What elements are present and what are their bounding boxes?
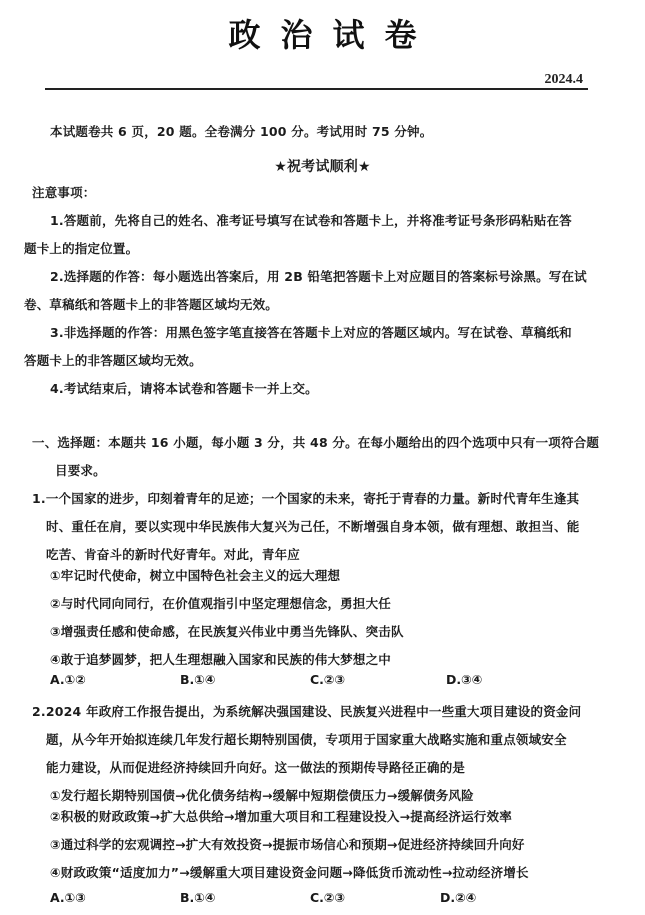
section-heading: 一、选择题：本题共 16 小题，每小题 3 分，共 48 分。在每小题给出的四个…: [32, 433, 599, 451]
q1-statement-3: ③增强责任感和使命感，在民族复兴伟业中勇当先锋队、突击队: [50, 622, 404, 640]
notice-item-3-line1: 3.非选择题的作答：用黑色签字笔直接答在答题卡上对应的答题区域内。写在试卷、草稿…: [50, 323, 572, 341]
q1-stem-line2: 时、重任在肩，要以实现中华民族伟大复兴为己任，不断增强自身本领，做有理想、敢担当…: [46, 517, 579, 535]
q1-stem-line1: 1.一个国家的进步，印刻着青年的足迹；一个国家的未来，寄托于青春的力量。新时代青…: [32, 489, 579, 507]
q2-statement-2: ②积极的财政政策→扩大总供给→增加重大项目和工程建设投入→提高经济运行效率: [50, 807, 512, 825]
notice-item-4: 4.考试结束后，请将本试卷和答题卡一并上交。: [50, 379, 318, 397]
notice-item-2-line2: 卷、草稿纸和答题卡上的非答题区域均无效。: [24, 295, 278, 313]
q2-option-c[interactable]: C.②③: [310, 890, 345, 905]
q1-statement-1: ①牢记时代使命，树立中国特色社会主义的远大理想: [50, 566, 340, 584]
q2-statement-1: ①发行超长期特别国债→优化债务结构→缓解中短期偿债压力→缓解债务风险: [50, 786, 474, 804]
q1-option-a[interactable]: A.①②: [50, 672, 86, 687]
q2-stem-line2: 题，从今年开始拟连续几年发行超长期特别国债，专项用于国家重大战略实施和重点领域安…: [46, 730, 567, 748]
notice-item-3-line2: 答题卡上的非答题区域均无效。: [24, 351, 202, 369]
q2-option-a[interactable]: A.①③: [50, 890, 86, 905]
notice-item-1-line2: 题卡上的指定位置。: [24, 239, 138, 257]
notice-item-1-line1: 1.答题前，先将自己的姓名、准考证号填写在试卷和答题卡上，并将准考证号条形码粘贴…: [50, 211, 572, 229]
q1-option-b[interactable]: B.①④: [180, 672, 215, 687]
q1-option-c[interactable]: C.②③: [310, 672, 345, 687]
q1-statement-2: ②与时代同向同行，在价值观指引中坚定理想信念，勇担大任: [50, 594, 391, 612]
header-divider: [45, 88, 588, 90]
q2-statement-4: ④财政政策“适度加力”→缓解重大项目建设资金问题→降低货币流动性→拉动经济增长: [50, 863, 529, 881]
notice-heading: 注意事项：: [32, 183, 96, 201]
good-luck-banner: ★祝考试顺利★: [0, 156, 645, 176]
q2-stem-line1: 2.2024 年政府工作报告提出，为系统解决强国建设、民族复兴进程中一些重大项目…: [32, 702, 581, 720]
q1-stem-line3: 吃苦、肯奋斗的新时代好青年。对此，青年应: [46, 545, 300, 563]
exam-intro: 本试题卷共 6 页，20 题。全卷满分 100 分。考试用时 75 分钟。: [50, 122, 432, 140]
page-title: 政治试卷: [0, 10, 645, 56]
exam-date: 2024.4: [545, 72, 584, 88]
q2-option-d[interactable]: D.②④: [440, 890, 476, 905]
q2-stem-line3: 能力建设，从而促进经济持续回升向好。这一做法的预期传导路径正确的是: [46, 758, 465, 776]
section-heading-cont: 目要求。: [55, 461, 106, 479]
q2-option-b[interactable]: B.①④: [180, 890, 215, 905]
q1-option-d[interactable]: D.③④: [446, 672, 482, 687]
notice-item-2-line1: 2.选择题的作答：每小题选出答案后，用 2B 铅笔把答题卡上对应题目的答案标号涂…: [50, 267, 587, 285]
q1-statement-4: ④敢于追梦圆梦，把人生理想融入国家和民族的伟大梦想之中: [50, 650, 391, 668]
q2-statement-3: ③通过科学的宏观调控→扩大有效投资→提振市场信心和预期→促进经济持续回升向好: [50, 835, 525, 853]
